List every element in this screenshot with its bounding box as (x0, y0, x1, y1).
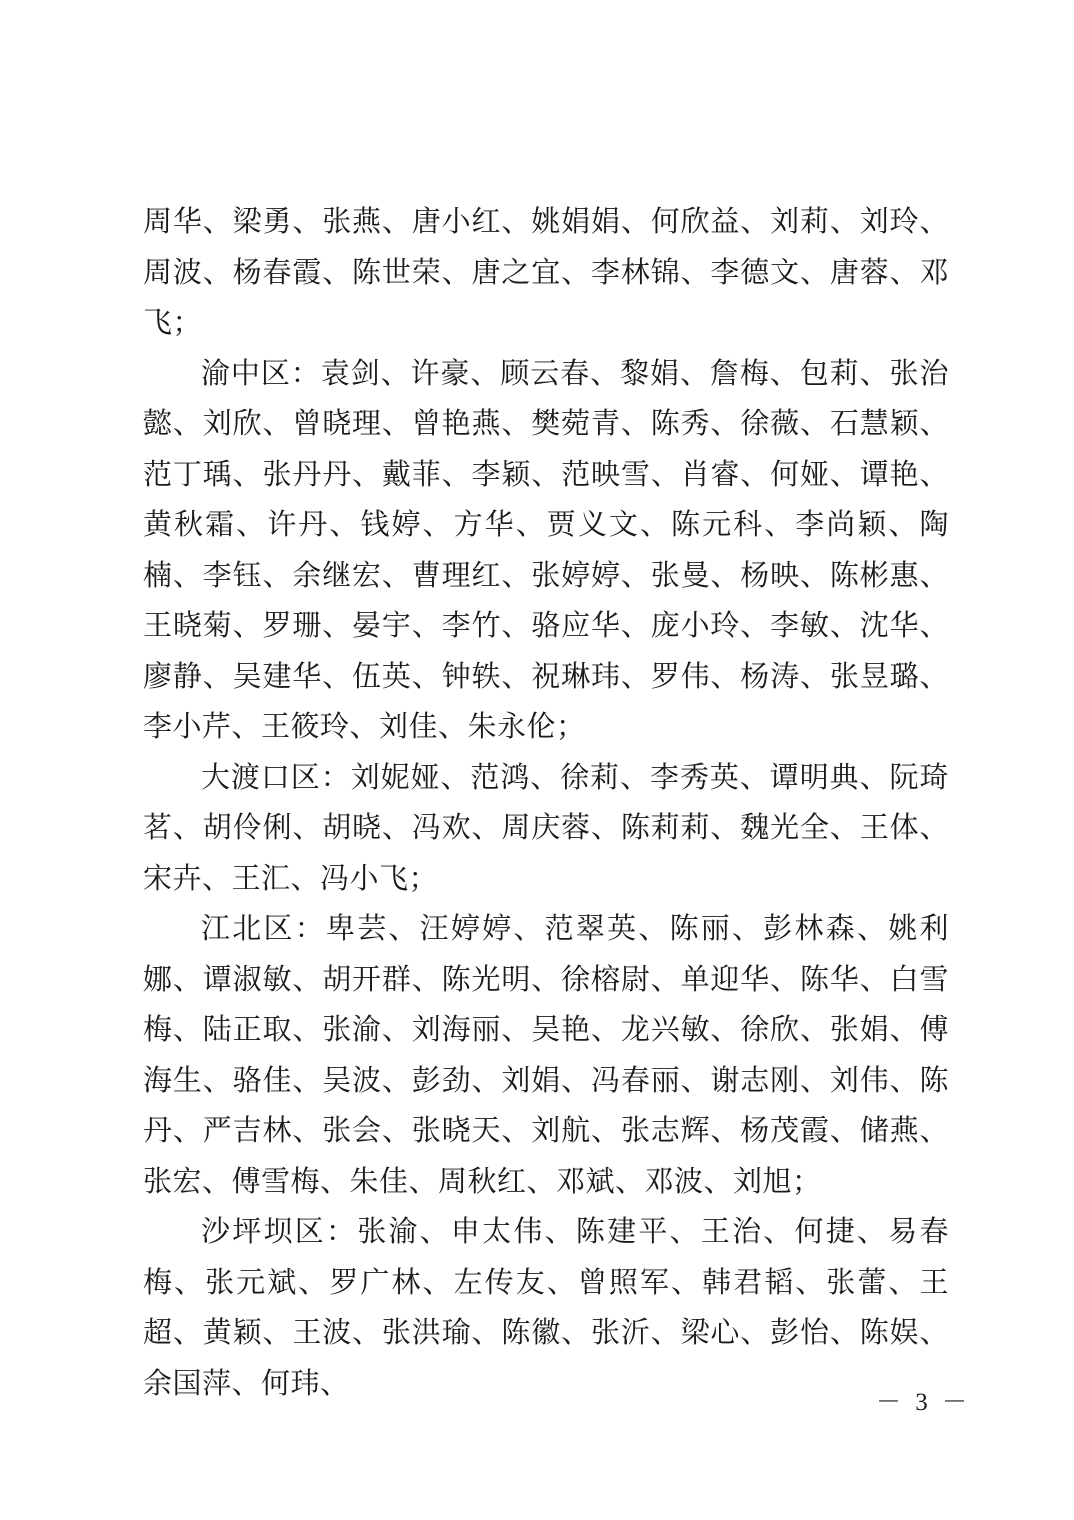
paragraph-dadukou: 大渡口区：刘妮娅、范鸿、徐莉、李秀英、谭明典、阮琦茗、胡伶俐、胡晓、冯欢、周庆蓉… (143, 752, 949, 904)
document-page: 周华、梁勇、张燕、唐小红、姚娟娟、何欣益、刘莉、刘玲、周波、杨春霞、陈世荣、唐之… (0, 0, 1074, 1520)
name-list: 袁剑、许豪、顾云春、黎娟、詹梅、包莉、张治懿、刘欣、曾晓理、曾艳燕、樊菀青、陈秀… (143, 356, 949, 744)
district-label: 大渡口区： (201, 760, 351, 794)
page-number: － 3 － (876, 1382, 971, 1418)
paragraph-continued-names: 周华、梁勇、张燕、唐小红、姚娟娟、何欣益、刘莉、刘玲、周波、杨春霞、陈世荣、唐之… (143, 196, 949, 348)
paragraph-shapingba: 沙坪坝区：张渝、申太伟、陈建平、王治、何捷、易春梅、张元斌、罗广林、左传友、曾照… (143, 1206, 949, 1408)
district-label: 渝中区： (201, 356, 321, 390)
district-label: 江北区： (201, 911, 326, 945)
name-list: 周华、梁勇、张燕、唐小红、姚娟娟、何欣益、刘莉、刘玲、周波、杨春霞、陈世荣、唐之… (143, 204, 949, 339)
paragraph-yuzhong: 渝中区：袁剑、许豪、顾云春、黎娟、詹梅、包莉、张治懿、刘欣、曾晓理、曾艳燕、樊菀… (143, 348, 949, 752)
document-body: 周华、梁勇、张燕、唐小红、姚娟娟、何欣益、刘莉、刘玲、周波、杨春霞、陈世荣、唐之… (143, 196, 949, 1408)
district-label: 沙坪坝区： (201, 1214, 357, 1248)
paragraph-jiangbei: 江北区：卑芸、汪婷婷、范翠英、陈丽、彭林森、姚利娜、谭淑敏、胡开群、陈光明、徐榕… (143, 903, 949, 1206)
name-list: 卑芸、汪婷婷、范翠英、陈丽、彭林森、姚利娜、谭淑敏、胡开群、陈光明、徐榕尉、单迎… (143, 911, 949, 1198)
